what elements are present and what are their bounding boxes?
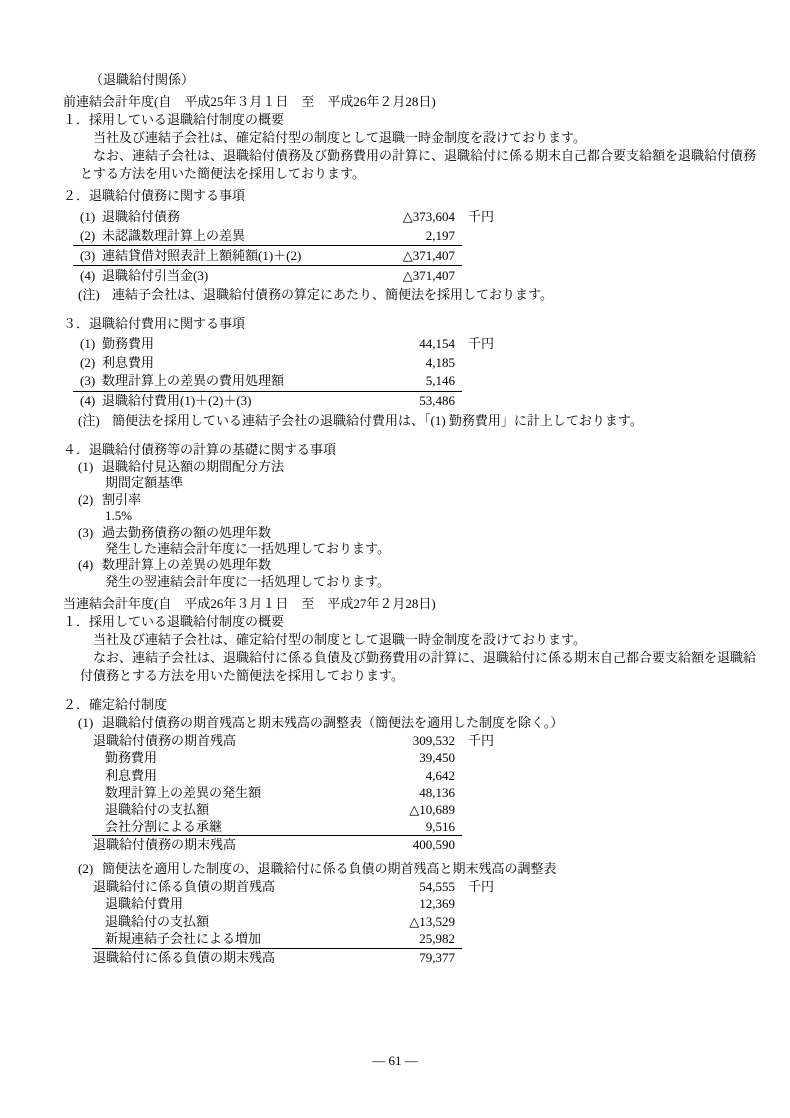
row-number: (1) — [80, 335, 102, 354]
row-label: 連結貸借対照表計上額純額(1)＋(2) — [102, 246, 403, 265]
table-row: (2) 未認識数理計算上の差異 2,197 — [73, 226, 462, 245]
curr-sec1-line3: 付債務とする方法を用いた簡便法を採用しております。 — [80, 667, 763, 685]
prev-sec4-items: (1) 退職給付見込額の期間配分方法 期間定額基準 (2) 割引率 1.5% (… — [63, 459, 763, 590]
curr-sec2-title: ２．確定給付制度 — [63, 696, 763, 714]
row-value: 12,369 — [419, 895, 455, 913]
row-unit: 千円 — [468, 335, 494, 354]
row-value: 9,516 — [426, 818, 455, 835]
note-text: 簡便法を採用している連結子会社の退職給付費用は、「(1) 勤務費用」に計上してお… — [112, 412, 643, 430]
table-row: 勤務費用 39,450 — [92, 749, 462, 766]
table-row: 退職給付の支払額 △13,529 — [92, 913, 462, 931]
caption-text: 退職給付債務の期首残高と期末残高の調整表（簡便法を適用した制度を除く。） — [102, 714, 563, 732]
caption-number: (2) — [78, 860, 102, 878]
prev-sec2-title: ２．退職給付債務に関する事項 — [63, 187, 763, 205]
row-number: (2) — [80, 354, 102, 373]
item-number: (3) — [78, 525, 102, 541]
caption-text: 簡便法を適用した制度の、退職給付に係る負債の期首残高と期末残高の調整表 — [102, 860, 556, 878]
row-label: 利息費用 — [93, 767, 426, 784]
row-value: 53,486 — [419, 392, 455, 411]
row-label: 退職給付引当金(3) — [102, 266, 403, 285]
row-value: 5,146 — [426, 372, 455, 391]
item-label: 数理計算上の差異の処理年数 — [102, 557, 271, 573]
basis-item: (1) 退職給付見込額の期間配分方法 — [78, 459, 763, 475]
table-row-total: 退職給付債務の期末残高 400,590 — [92, 835, 462, 853]
item-detail: 1.5% — [105, 508, 763, 524]
row-label: 退職給付に係る負債の期末残高 — [93, 949, 419, 967]
row-value: 44,154 — [419, 335, 455, 354]
prev-sec1-line3: とする方法を用いた簡便法を採用しております。 — [80, 165, 763, 183]
row-value: △371,407 — [403, 266, 455, 285]
row-label: 数理計算上の差異の発生額 — [93, 784, 419, 801]
document-page: （退職給付関係） 前連結会計年度(自 平成25年３月１日 至 平成26年２月28… — [0, 0, 790, 1118]
row-unit: 千円 — [468, 207, 494, 226]
item-label: 過去勤務債務の額の処理年数 — [102, 525, 271, 541]
prev-sec1-line1: 当社及び連結子会社は、確定給付型の制度として退職一時金制度を設けております。 — [93, 129, 763, 147]
curr-sec1-line1: 当社及び連結子会社は、確定給付型の制度として退職一時金制度を設けております。 — [93, 631, 763, 649]
row-label: 退職給付債務 — [102, 207, 403, 226]
item-number: (4) — [78, 557, 102, 573]
row-number: (3) — [80, 246, 102, 265]
curr-sec1-line2: なお、連結子会社は、退職給付に係る負債及び勤務費用の計算に、退職給付に係る期末自… — [93, 649, 763, 667]
row-label: 会社分割による承継 — [93, 818, 426, 835]
table-row: (2) 利息費用 4,185 — [73, 354, 462, 373]
table-row: 利息費用 4,642 — [92, 767, 462, 784]
table-row: 数理計算上の差異の発生額 48,136 — [92, 784, 462, 801]
item-number: (2) — [78, 492, 102, 508]
row-value: 25,982 — [419, 930, 455, 948]
row-label: 退職給付の支払額 — [93, 913, 409, 931]
row-label: 勤務費用 — [102, 335, 419, 354]
item-label: 退職給付見込額の期間配分方法 — [102, 459, 284, 475]
row-value: 4,642 — [426, 767, 455, 784]
basis-item: (4) 数理計算上の差異の処理年数 — [78, 557, 763, 573]
item-detail: 期間定額基準 — [105, 475, 763, 491]
row-value: 79,377 — [419, 949, 455, 967]
note-caption: （退職給付関係） — [90, 71, 763, 89]
table-row: (1) 退職給付債務 △373,604 千円 — [73, 207, 462, 226]
row-value: 4,185 — [426, 354, 455, 373]
row-value: 54,555 — [419, 878, 455, 896]
row-label: 退職給付の支払額 — [93, 801, 409, 818]
prev-sec2-table: (1) 退職給付債務 △373,604 千円 (2) 未認識数理計算上の差異 2… — [73, 207, 462, 285]
row-unit: 千円 — [468, 878, 494, 896]
row-value: △371,407 — [403, 246, 455, 265]
row-label: 退職給付費用(1)＋(2)＋(3) — [102, 392, 419, 411]
prev-sec1-title: １．採用している退職給付制度の概要 — [63, 111, 763, 129]
table-row: 新規連結子会社による増加 25,982 — [92, 930, 462, 948]
note-marker: (注) — [78, 412, 112, 430]
prev-sec1-line2: なお、連結子会社は、退職給付債務及び勤務費用の計算に、退職給付に係る期末自己都合… — [93, 147, 763, 165]
table-row: 退職給付の支払額 △10,689 — [92, 801, 462, 818]
curr-period-heading: 当連結会計年度(自 平成26年３月１日 至 平成27年２月28日) — [63, 595, 763, 613]
row-unit: 千円 — [468, 732, 494, 749]
row-label: 退職給付費用 — [93, 895, 419, 913]
row-value: 39,450 — [419, 749, 455, 766]
row-value: 48,136 — [419, 784, 455, 801]
row-number: (2) — [80, 226, 102, 245]
prev-sec3-title: ３．退職給付費用に関する事項 — [63, 315, 763, 333]
row-number: (4) — [80, 266, 102, 285]
caption-number: (1) — [78, 714, 102, 732]
row-value: 400,590 — [413, 836, 455, 853]
row-label: 新規連結子会社による増加 — [93, 930, 419, 948]
basis-item: (3) 過去勤務債務の額の処理年数 — [78, 525, 763, 541]
prev-sec2-note: (注) 連結子会社は、退職給付債務の算定にあたり、簡便法を採用しております。 — [78, 286, 763, 304]
dbo-reconciliation-table: 退職給付債務の期首残高 309,532 千円 勤務費用 39,450 利息費用 … — [92, 732, 462, 853]
prev-sec3-note: (注) 簡便法を採用している連結子会社の退職給付費用は、「(1) 勤務費用」に計… — [78, 412, 763, 430]
row-label: 利息費用 — [102, 354, 426, 373]
row-value: 2,197 — [426, 226, 455, 245]
row-label: 数理計算上の差異の費用処理額 — [102, 372, 426, 391]
row-number: (1) — [80, 207, 102, 226]
table-row: (1) 勤務費用 44,154 千円 — [73, 335, 462, 354]
table-row: (3) 数理計算上の差異の費用処理額 5,146 — [73, 372, 462, 391]
basis-item: (2) 割引率 — [78, 492, 763, 508]
prev-period-heading: 前連結会計年度(自 平成25年３月１日 至 平成26年２月28日) — [63, 93, 763, 111]
note-text: 連結子会社は、退職給付債務の算定にあたり、簡便法を採用しております。 — [112, 286, 553, 304]
prev-sec4-title: ４．退職給付債務等の計算の基礎に関する事項 — [63, 441, 763, 459]
table-row: 会社分割による承継 9,516 — [92, 818, 462, 835]
table-row: (4) 退職給付引当金(3) △371,407 — [73, 266, 462, 285]
item-detail: 発生した連結会計年度に一括処理しております。 — [105, 541, 763, 557]
note-marker: (注) — [78, 286, 112, 304]
item-number: (1) — [78, 459, 102, 475]
row-value: △10,689 — [409, 801, 455, 818]
row-number: (3) — [80, 372, 102, 391]
row-number: (4) — [80, 392, 102, 411]
document-content: （退職給付関係） 前連結会計年度(自 平成25年３月１日 至 平成26年２月28… — [63, 71, 763, 967]
table-row-total: 退職給付に係る負債の期末残高 79,377 — [92, 948, 462, 967]
table-row-total: (4) 退職給付費用(1)＋(2)＋(3) 53,486 — [73, 391, 462, 411]
table-row: 退職給付費用 12,369 — [92, 895, 462, 913]
row-label: 退職給付債務の期末残高 — [93, 836, 413, 853]
item-detail: 発生の翌連結会計年度に一括処理しております。 — [105, 574, 763, 590]
row-label: 退職給付に係る負債の期首残高 — [93, 878, 419, 896]
row-value: △373,604 — [403, 207, 455, 226]
table-row: 退職給付に係る負債の期首残高 54,555 千円 — [92, 878, 462, 896]
row-label: 退職給付債務の期首残高 — [93, 732, 413, 749]
row-label: 未認識数理計算上の差異 — [102, 226, 426, 245]
table-row-subtotal: (3) 連結貸借対照表計上額純額(1)＋(2) △371,407 — [73, 245, 462, 266]
row-label: 勤務費用 — [93, 749, 419, 766]
table1-caption: (1) 退職給付債務の期首残高と期末残高の調整表（簡便法を適用した制度を除く。） — [78, 714, 763, 732]
row-value: △13,529 — [409, 913, 455, 931]
curr-sec1-title: １．採用している退職給付制度の概要 — [63, 613, 763, 631]
table2-caption: (2) 簡便法を適用した制度の、退職給付に係る負債の期首残高と期末残高の調整表 — [78, 860, 763, 878]
page-number: ― 61 ― — [0, 1052, 790, 1070]
simplified-liability-reconciliation-table: 退職給付に係る負債の期首残高 54,555 千円 退職給付費用 12,369 退… — [92, 878, 462, 967]
row-value: 309,532 — [413, 732, 455, 749]
item-label: 割引率 — [102, 492, 141, 508]
table-row: 退職給付債務の期首残高 309,532 千円 — [92, 732, 462, 749]
prev-sec3-table: (1) 勤務費用 44,154 千円 (2) 利息費用 4,185 (3) 数理… — [73, 335, 462, 410]
